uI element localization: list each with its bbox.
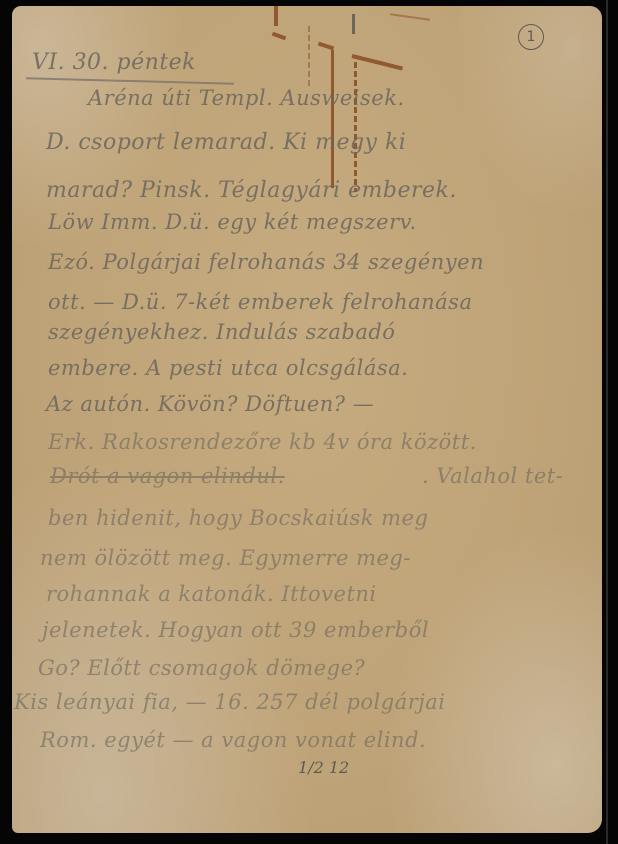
text-line: Erk. Rakosrendezőre kb 4v óra között. [48, 430, 477, 454]
rust-mark [354, 62, 357, 192]
heading-date: VI. 30. péntek [32, 50, 196, 75]
text-line: Go? Előtt csomagok dömege? [38, 656, 365, 680]
text-line: . Valahol tet- [422, 464, 563, 488]
text-line: D. csoport lemarad. Ki megy ki [46, 130, 406, 155]
folio-note: 1/2 12 [298, 758, 349, 777]
scan-edge-strip [606, 0, 608, 844]
text-line: Löw Imm. D.ü. egy két megszerv. [48, 210, 417, 234]
rust-mark [352, 14, 355, 34]
text-line: nem ölözött meg. Egymerre meg- [40, 546, 411, 570]
text-line: ott. — D.ü. 7-két emberek felrohanása [48, 290, 472, 314]
rust-mark [352, 54, 403, 70]
heading-underline [26, 77, 234, 84]
struck-text-line: Drót a vagon elindul. [50, 464, 285, 488]
rust-mark [308, 26, 310, 86]
rust-mark [272, 32, 287, 41]
text-line: rohannak a katonák. Ittovetni [46, 582, 377, 606]
diary-card: 1 VI. 30. péntek Aréna úti Templ. Auswei… [12, 6, 602, 833]
text-line: ben hidenit, hogy Bocskaiúsk meg [48, 506, 428, 530]
text-line: Ezó. Polgárjai felrohanás 34 szegényen [48, 250, 484, 274]
rust-mark [331, 50, 334, 188]
text-line: szegényekhez. Indulás szabadó [48, 320, 395, 344]
text-line: Kis leányai fia, — 16. 257 dél polgárjai [14, 690, 446, 714]
text-line: jelenetek. Hogyan ott 39 emberből [42, 618, 429, 642]
text-line: Rom. egyét — a vagon vonat elind. [40, 728, 426, 752]
text-line: Az autón. Kövön? Döftuen? — [46, 392, 374, 416]
rust-mark [274, 6, 278, 26]
text-line: marad? Pinsk. Téglagyári emberek. [46, 178, 457, 203]
text-line: Aréna úti Templ. Ausweisek. [88, 86, 405, 110]
rust-mark [390, 13, 430, 21]
page-number-circled: 1 [518, 24, 544, 50]
text-line: embere. A pesti utca olcsgálása. [48, 356, 408, 380]
